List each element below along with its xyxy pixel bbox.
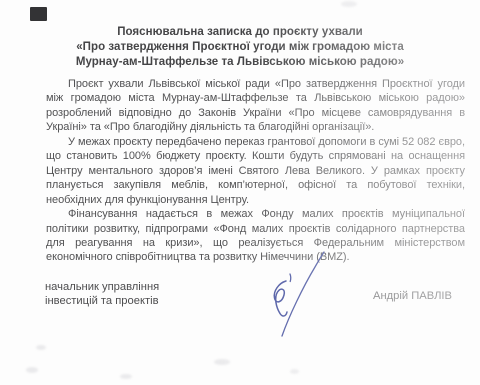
- handwritten-signature-ink: [252, 243, 342, 343]
- document-body: Проєкт ухвали Львівської міської ради «П…: [46, 77, 465, 265]
- document-title: Пояснювальна записка до проєкту ухвали «…: [0, 25, 480, 70]
- title-line-3: Мурнау-ам-Штаффельзе та Львівською міськ…: [0, 55, 480, 70]
- paragraph-grant-amount: У межах проєкту передбачено переказ гран…: [46, 135, 465, 207]
- scan-smudge: [341, 1, 357, 7]
- paragraph-project-basis: Проєкт ухвали Львівської міської ради «П…: [46, 77, 465, 135]
- signature-loop-stroke: [274, 281, 287, 316]
- signature-long-stroke: [282, 252, 324, 336]
- scan-smudge: [26, 367, 38, 373]
- title-line-2: «Про затвердження Проєктної угоди між гр…: [0, 40, 480, 55]
- scan-smudge: [214, 359, 230, 365]
- scan-smudge: [120, 374, 132, 379]
- signer-position-line-1: начальник управління: [45, 280, 159, 294]
- scan-smudge: [290, 369, 299, 374]
- scan-corner-mark: [30, 7, 47, 21]
- scan-smudge: [36, 345, 46, 350]
- document-page: Пояснювальна записка до проєкту ухвали «…: [0, 0, 480, 385]
- signer-position: начальник управління інвестицій та проек…: [45, 280, 159, 309]
- title-line-1: Пояснювальна записка до проєкту ухвали: [0, 25, 480, 40]
- signer-position-line-2: інвестицій та проектів: [45, 294, 159, 308]
- signer-name: Андрій ПАВЛІВ: [373, 290, 452, 302]
- signature-tick-stroke: [290, 274, 291, 282]
